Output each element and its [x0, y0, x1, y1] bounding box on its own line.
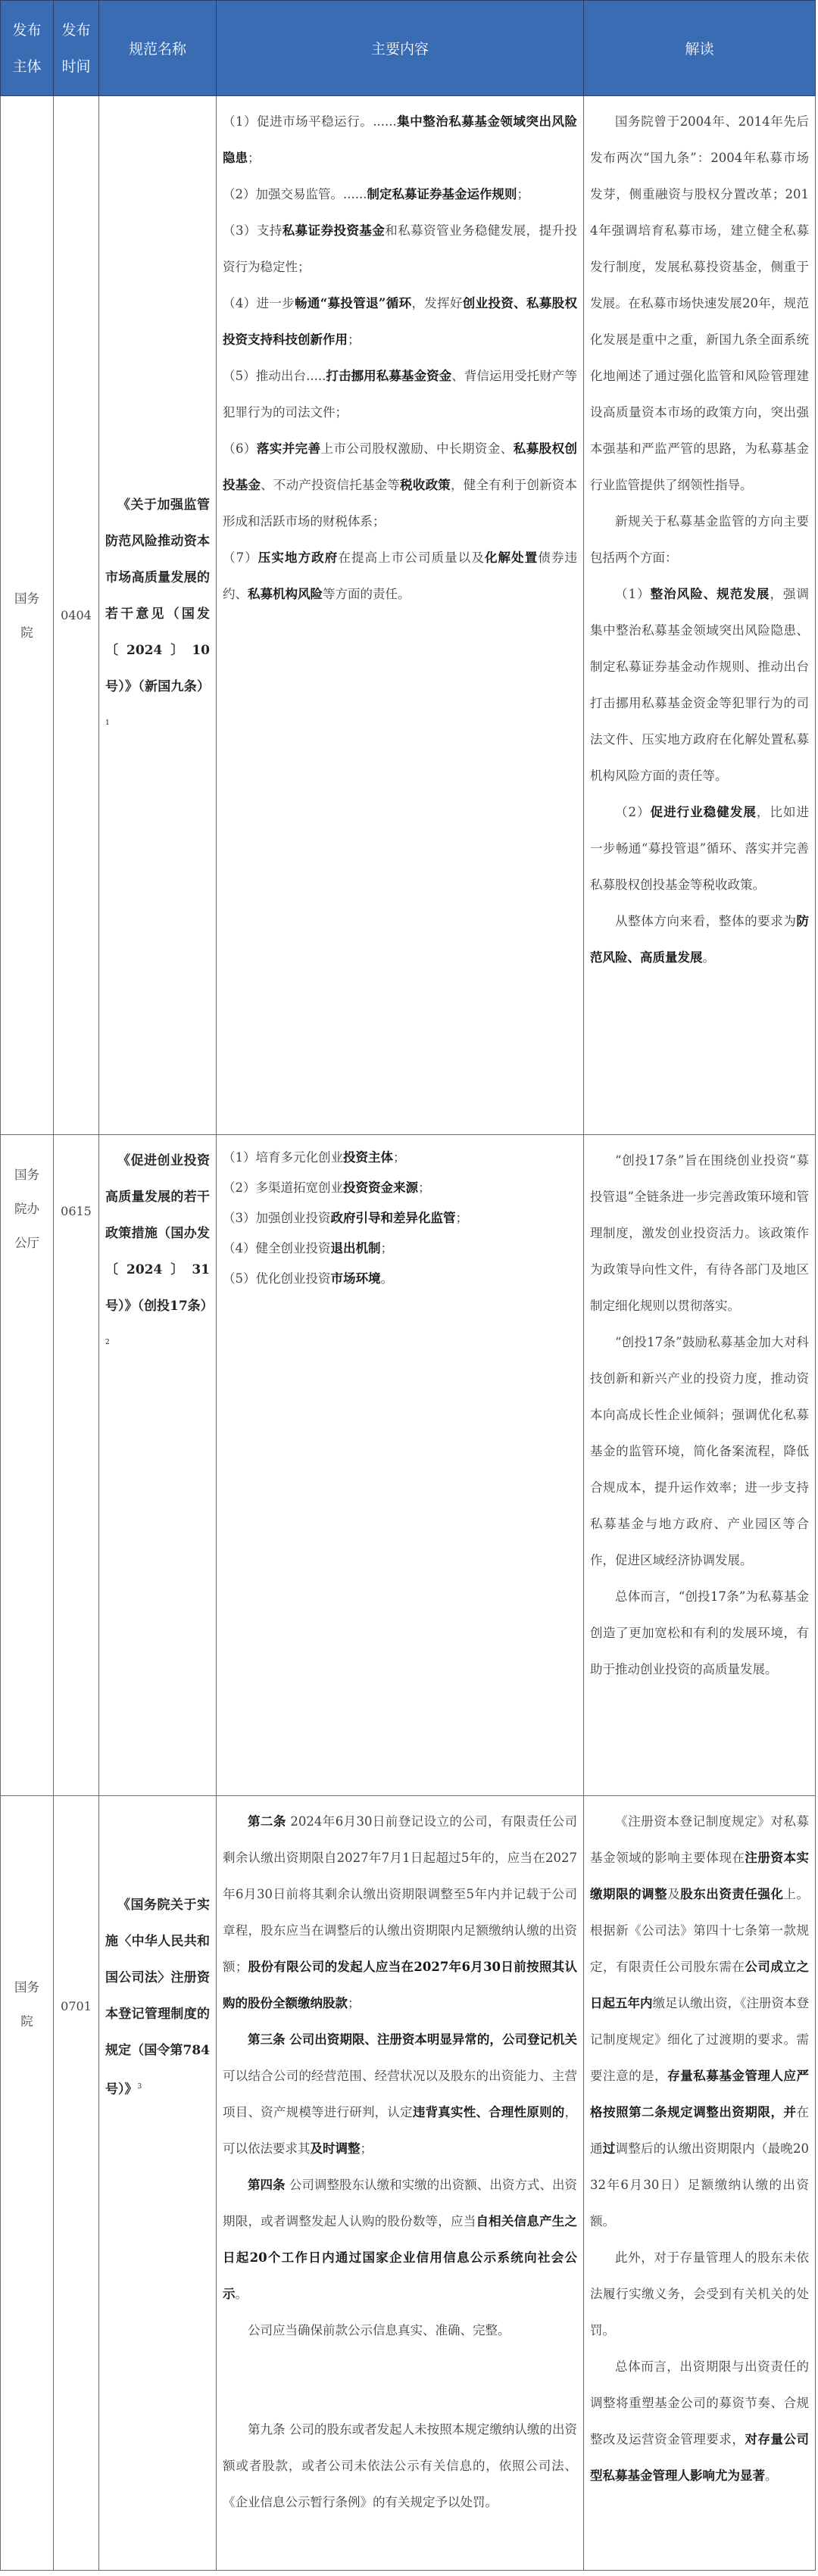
content-cell: （1）促进市场平稳运行。......集中整治私募基金领域突出风险隐患；（2）加强… — [217, 96, 584, 1135]
body-text: 。 — [381, 1271, 394, 1286]
emphasis-text: 畅通“募投管退”循环 — [295, 296, 411, 310]
emphasis-text: 第四条 — [248, 2178, 286, 2192]
table-row: 国务院 0404 《关于加强监管防范风险推动资本市场高质量发展的若干意见（国发〔… — [1, 96, 816, 1135]
emphasis-text: 股东出资责任强化 — [680, 1887, 783, 1901]
emphasis-text: 整治风险、规范发展 — [651, 587, 770, 601]
body-text: 总体而言，“创投17条”为私募基金创造了更加宽松和有利的发展环境，有助于推动创业… — [590, 1589, 809, 1676]
interpretation-cell: 国务院曾于2004年、2014年先后发布两次“国九条”：2004年私募市场发芽，… — [584, 96, 816, 1135]
paragraph: 第九条 公司的股东或者发起人未按照本规定缴纳认缴的出资额或者股款，或者公司未依法… — [223, 2412, 577, 2521]
body-text: （1） — [615, 587, 651, 601]
body-text: （4）进一步 — [223, 296, 295, 310]
header-content: 主要内容 — [217, 1, 584, 96]
subject-cell: 国务院办公厅 — [1, 1135, 54, 1796]
body-text: ，强调集中整治私募基金领域突出风险隐患、制定私募证券基金动作规则、推动出台打击挪… — [590, 587, 809, 783]
paragraph: （4）进一步畅通“募投管退”循环，发挥好创业投资、私募股权投资支持科技创新作用； — [223, 285, 577, 358]
body-text: 2024年6月30日前登记设立的公司，有限责任公司剩余认缴出资期限自2027年7… — [223, 1814, 577, 1974]
emphasis-text: 第三条 公司出资期限、注册资本明显异常的，公司登记机关 — [248, 2032, 577, 2047]
body-text: 。 — [236, 2287, 248, 2301]
body-text: （2）加强交易监管。...... — [223, 187, 367, 201]
emphasis-text: 违背真实性、合理性原则的 — [413, 2105, 565, 2119]
header-subject: 发布主体 — [1, 1, 54, 96]
emphasis-text: 及时调整 — [311, 2141, 361, 2156]
paragraph: （2）多渠道拓宽创业投资资金来源； — [223, 1173, 577, 1203]
header-date: 发布时间 — [54, 1, 99, 96]
paragraph: 从整体方向来看，整体的要求为防范风险、高质量发展。 — [590, 903, 809, 976]
emphasis-text: 投资资金来源 — [343, 1180, 418, 1195]
subject-cell: 国务院 — [1, 1796, 54, 2571]
body-text: ； — [248, 151, 261, 165]
paragraph: （1）培育多元化创业投资主体； — [223, 1143, 577, 1173]
body-text: （5）推动出台..... — [223, 369, 326, 383]
paragraph: （3）加强创业投资政府引导和差异化监管； — [223, 1203, 577, 1233]
body-text: ； — [381, 1241, 394, 1255]
table-header: 发布主体 发布时间 规范名称 主要内容 解读 — [1, 1, 816, 96]
body-text: 此外，对于存量管理人的股东未依法履行实缴义务，会受到有关机关的处罚。 — [590, 2250, 809, 2337]
emphasis-text: 私募证券投资基金 — [283, 223, 386, 238]
body-text: 。 — [765, 2468, 778, 2483]
paragraph: 总体而言，出资期限与出资责任的调整将重塑基金公司的募资节奏、合规整改及运营资金管… — [590, 2349, 809, 2494]
table-row: 国务院 0701 《国务院关于实施〈中华人民共和国公司法〉注册资本登记管理制度的… — [1, 1796, 816, 2571]
body-text: （1）促进市场平稳运行。...... — [223, 114, 397, 129]
footnote-marker: 3 — [138, 2083, 142, 2091]
interpretation-cell: 《注册资本登记制度规定》对私募基金领域的影响主要体现在注册资本实缴期限的调整及股… — [584, 1796, 816, 2571]
body-text: 上市公司股权激励、中长期资金、 — [321, 441, 514, 456]
emphasis-text: 私募机构风险 — [248, 587, 323, 601]
emphasis-text: 压实地方政府 — [258, 550, 339, 565]
body-text: “创投17条”旨在围绕创业投资“募投管退”全链条进一步完善政策环境和管理制度，激… — [590, 1153, 809, 1313]
header-interpretation: 解读 — [584, 1, 816, 96]
title-cell: 《国务院关于实施〈中华人民共和国公司法〉注册资本登记管理制度的规定（国令第784… — [99, 1796, 217, 2571]
paragraph: （1）促进市场平稳运行。......集中整治私募基金领域突出风险隐患； — [223, 104, 577, 176]
emphasis-text: 化解处置 — [485, 550, 538, 565]
footnote-marker: 2 — [105, 1339, 110, 1346]
paragraph: 此外，对于存量管理人的股东未依法履行实缴义务，会受到有关机关的处罚。 — [590, 2240, 809, 2349]
paragraph: 第四条 公司调整股东认缴和实缴的出资额、出资方式、出资期限，或者调整发起人认购的… — [223, 2167, 577, 2312]
emphasis-text: 制定私募证券基金运作规则 — [367, 187, 517, 201]
paragraph: （5）优化创业投资市场环境。 — [223, 1264, 577, 1294]
body-text: ； — [348, 332, 361, 347]
body-text: （2） — [615, 805, 651, 819]
body-text: （5）优化创业投资 — [223, 1271, 331, 1286]
date-cell: 0404 — [54, 96, 99, 1135]
table-row: 国务院办公厅 0615 《促进创业投资高质量发展的若干政策措施（国办发〔2024… — [1, 1135, 816, 1796]
paragraph: 总体而言，“创投17条”为私募基金创造了更加宽松和有利的发展环境，有助于推动创业… — [590, 1579, 809, 1688]
body-text: （7） — [223, 550, 258, 565]
paragraph: （2）加强交易监管。......制定私募证券基金运作规则； — [223, 176, 577, 213]
date-cell: 0615 — [54, 1135, 99, 1796]
body-text: ； — [456, 1211, 469, 1225]
body-text: “创投17条”鼓励私募基金加大对科技创新和新兴产业的投资力度，推动资本向高成长性… — [590, 1335, 809, 1567]
policy-table: 发布主体 发布时间 规范名称 主要内容 解读 国务院 0404 《关于加强监管防… — [0, 0, 816, 2571]
emphasis-text: 税收政策 — [400, 478, 451, 492]
paragraph: 公司应当确保前款公示信息真实、准确、完整。 — [223, 2312, 577, 2349]
paragraph: （2）促进行业稳健发展，比如进一步畅通“募投管退”循环、落实并完善私募股权创投基… — [590, 794, 809, 903]
paragraph: 国务院曾于2004年、2014年先后发布两次“国九条”：2004年私募市场发芽，… — [590, 104, 809, 504]
content-cell: （1）培育多元化创业投资主体；（2）多渠道拓宽创业投资资金来源；（3）加强创业投… — [217, 1135, 584, 1796]
paragraph: （7）压实地方政府在提高上市公司质量以及化解处置债券违约、私募机构风险等方面的责… — [223, 540, 577, 613]
emphasis-text: 退出机制 — [331, 1241, 381, 1255]
paragraph: “创投17条”鼓励私募基金加大对科技创新和新兴产业的投资力度，推动资本向高成长性… — [590, 1324, 809, 1579]
emphasis-text: 打击挪用私募基金资金 — [326, 369, 451, 383]
body-text: 从整体方向来看，整体的要求为 — [615, 914, 797, 928]
body-text: （1）培育多元化创业 — [223, 1150, 343, 1165]
paragraph: （1）整治风险、规范发展，强调集中整治私募基金领域突出风险隐患、制定私募证券基金… — [590, 576, 809, 794]
header-title: 规范名称 — [99, 1, 217, 96]
interpretation-cell: “创投17条”旨在围绕创业投资“募投管退”全链条进一步完善政策环境和管理制度，激… — [584, 1135, 816, 1796]
body-text: ； — [418, 1180, 431, 1195]
emphasis-text: 过 — [603, 2141, 616, 2156]
body-text: 第九条 公司的股东或者发起人未按照本规定缴纳认缴的出资额或者股款，或者公司未依法… — [223, 2422, 577, 2509]
footnote-marker: 1 — [105, 719, 110, 727]
title-cell: 《关于加强监管防范风险推动资本市场高质量发展的若干意见（国发〔2024〕10号）… — [99, 96, 217, 1135]
paragraph: （6）落实并完善上市公司股权激励、中长期资金、私募股权创投基金、不动产投资信托基… — [223, 431, 577, 540]
body-text: 在提高上市公司质量以及 — [338, 550, 485, 565]
body-text: 、不动产投资信托基金等 — [261, 478, 400, 492]
body-text: （4）健全创业投资 — [223, 1241, 331, 1255]
emphasis-text: 市场环境 — [331, 1271, 381, 1286]
date-cell: 0701 — [54, 1796, 99, 2571]
paragraph: 第二条 2024年6月30日前登记设立的公司，有限责任公司剩余认缴出资期限自20… — [223, 1804, 577, 2022]
emphasis-text: 落实并完善 — [257, 441, 321, 456]
body-text: 公司应当确保前款公示信息真实、准确、完整。 — [248, 2323, 510, 2337]
body-text: ； — [348, 1996, 361, 2010]
body-text: 及 — [667, 1887, 680, 1901]
body-text: （6） — [223, 441, 257, 456]
paragraph: “创投17条”旨在围绕创业投资“募投管退”全链条进一步完善政策环境和管理制度，激… — [590, 1143, 809, 1324]
paragraph: 第三条 公司出资期限、注册资本明显异常的，公司登记机关可以结合公司的经营范围、经… — [223, 2022, 577, 2167]
emphasis-text: 第二条 — [248, 1814, 286, 1829]
emphasis-text: 政府引导和差异化监管 — [331, 1211, 456, 1225]
paragraph — [223, 2362, 577, 2400]
body-text: 等方面的责任。 — [323, 587, 411, 601]
body-text: ； — [393, 1150, 406, 1165]
emphasis-text: 投资主体 — [343, 1150, 393, 1165]
title-cell: 《促进创业投资高质量发展的若干政策措施（国办发〔2024〕31号）》（创投17条… — [99, 1135, 217, 1796]
paragraph: （4）健全创业投资退出机制； — [223, 1233, 577, 1264]
content-cell: 第二条 2024年6月30日前登记设立的公司，有限责任公司剩余认缴出资期限自20… — [217, 1796, 584, 2571]
body-text: （2）多渠道拓宽创业 — [223, 1180, 343, 1195]
body-text: 国务院曾于2004年、2014年先后发布两次“国九条”：2004年私募市场发芽，… — [590, 114, 809, 492]
subject-cell: 国务院 — [1, 96, 54, 1135]
body-text: ； — [517, 187, 529, 201]
body-text: 新规关于私募基金监管的方向主要包括两个方面： — [590, 514, 809, 565]
paragraph: （3）支持私募证券投资基金和私募资管业务稳健发展，提升投资行为稳定性； — [223, 213, 577, 285]
body-text: ； — [361, 2141, 373, 2156]
body-text: （3）支持 — [223, 223, 283, 238]
body-text: （3）加强创业投资 — [223, 1211, 331, 1225]
paragraph: （5）推动出台.....打击挪用私募基金资金、背信运用受托财产等犯罪行为的司法文… — [223, 358, 577, 431]
body-text: ，发挥好 — [411, 296, 462, 310]
paragraph: 《注册资本登记制度规定》对私募基金领域的影响主要体现在注册资本实缴期限的调整及股… — [590, 1804, 809, 2240]
emphasis-text: 股份有限公司的发起人应当在2027年6月30日前按照其认购的股份全额缴纳股款 — [223, 1960, 577, 2010]
body-text: 。 — [703, 950, 716, 965]
emphasis-text: 促进行业稳健发展 — [651, 805, 757, 819]
paragraph: 新规关于私募基金监管的方向主要包括两个方面： — [590, 504, 809, 576]
body-text: 调整后的认缴出资期限内（最晚2032年6月30日）足额缴纳认缴的出资额。 — [590, 2141, 809, 2228]
